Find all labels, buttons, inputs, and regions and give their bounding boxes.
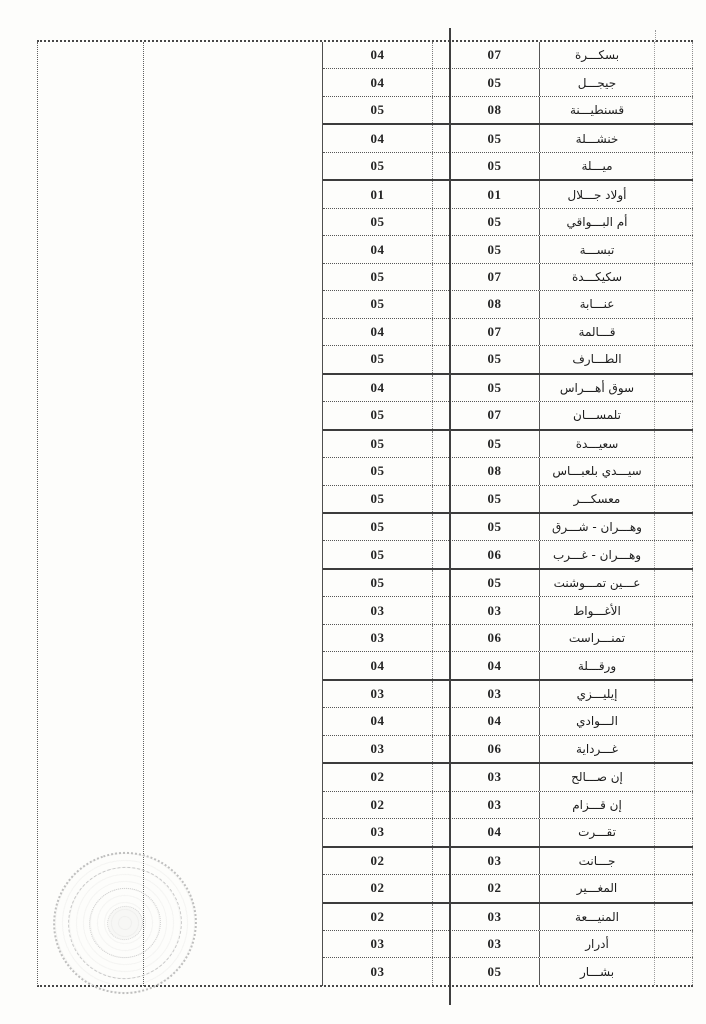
table-row: 04 07 قـــالمة bbox=[323, 319, 693, 346]
margin-cell bbox=[655, 736, 693, 762]
margin-cell bbox=[655, 875, 693, 901]
margin-cell bbox=[655, 958, 693, 984]
table-row: 05 05 الطـــارف bbox=[323, 346, 693, 374]
table-row: 04 05 تبســـة bbox=[323, 236, 693, 263]
wilaya-name-cell: سوق أهـــراس bbox=[540, 375, 655, 401]
value1-cell: 04 bbox=[323, 42, 433, 68]
table-row: 05 06 وهـــران - غـــرب bbox=[323, 541, 693, 569]
wilaya-name-cell: قسنطيـــنة bbox=[540, 97, 655, 123]
table-row: 04 05 جيجـــل bbox=[323, 69, 693, 96]
wilaya-name-cell: الطـــارف bbox=[540, 346, 655, 372]
value1-cell: 05 bbox=[323, 431, 433, 457]
value2-cell: 06 bbox=[450, 625, 540, 651]
value2-cell: 01 bbox=[450, 181, 540, 207]
spacer-cell bbox=[433, 319, 450, 345]
margin-cell bbox=[655, 541, 693, 567]
value1-cell: 03 bbox=[323, 931, 433, 957]
table-row: 01 01 أولاد جـــلال bbox=[323, 181, 693, 208]
value2-cell: 07 bbox=[450, 319, 540, 345]
wilaya-name-cell: المغـــير bbox=[540, 875, 655, 901]
names-column-top-stub-line bbox=[655, 30, 656, 42]
spacer-cell bbox=[433, 69, 450, 95]
margin-cell bbox=[655, 625, 693, 651]
value1-cell: 05 bbox=[323, 264, 433, 290]
margin-cell bbox=[655, 597, 693, 623]
margin-cell bbox=[655, 764, 693, 790]
margin-cell bbox=[655, 375, 693, 401]
value2-cell: 03 bbox=[450, 764, 540, 790]
wilaya-name-cell: أولاد جـــلال bbox=[540, 181, 655, 207]
value1-cell: 04 bbox=[323, 652, 433, 678]
table-row: 04 07 بسكـــرة bbox=[323, 42, 693, 69]
wilaya-name-cell: معسكـــر bbox=[540, 486, 655, 512]
wilaya-name-cell: عنـــابة bbox=[540, 291, 655, 317]
table-row: 02 03 إن قـــزام bbox=[323, 792, 693, 819]
table-row: 03 04 تقـــرت bbox=[323, 819, 693, 847]
margin-cell bbox=[655, 652, 693, 678]
spacer-cell bbox=[433, 153, 450, 179]
margin-cell bbox=[655, 181, 693, 207]
center-vertical-rule bbox=[449, 28, 451, 1005]
wilaya-name-cell: بشـــار bbox=[540, 958, 655, 984]
margin-cell bbox=[655, 209, 693, 235]
spacer-cell bbox=[433, 346, 450, 372]
margin-cell bbox=[655, 792, 693, 818]
value1-cell: 04 bbox=[323, 375, 433, 401]
wilaya-name-cell: أم البـــواقي bbox=[540, 209, 655, 235]
wilaya-name-cell: الأغـــواط bbox=[540, 597, 655, 623]
spacer-cell bbox=[433, 848, 450, 874]
wilaya-name-cell: تمنـــراست bbox=[540, 625, 655, 651]
margin-cell bbox=[655, 153, 693, 179]
wilaya-name-cell: تبســـة bbox=[540, 236, 655, 262]
margin-cell bbox=[655, 319, 693, 345]
spacer-cell bbox=[433, 97, 450, 123]
wilaya-name-cell: غـــرداية bbox=[540, 736, 655, 762]
spacer-cell bbox=[433, 931, 450, 957]
spacer-cell bbox=[433, 570, 450, 596]
table-row: 05 05 ميـــلة bbox=[323, 153, 693, 181]
table-row: 05 05 معسكـــر bbox=[323, 486, 693, 514]
value2-cell: 04 bbox=[450, 819, 540, 845]
spacer-cell bbox=[433, 42, 450, 68]
value2-cell: 03 bbox=[450, 904, 540, 930]
value1-cell: 04 bbox=[323, 125, 433, 151]
wilaya-name-cell: جـــانت bbox=[540, 848, 655, 874]
spacer-cell bbox=[433, 209, 450, 235]
value1-cell: 03 bbox=[323, 736, 433, 762]
value1-cell: 05 bbox=[323, 486, 433, 512]
table-row: 05 08 عنـــابة bbox=[323, 291, 693, 318]
value2-cell: 07 bbox=[450, 264, 540, 290]
table-row: 03 06 تمنـــراست bbox=[323, 625, 693, 652]
value2-cell: 03 bbox=[450, 792, 540, 818]
value1-cell: 05 bbox=[323, 541, 433, 567]
value2-cell: 08 bbox=[450, 291, 540, 317]
spacer-cell bbox=[433, 792, 450, 818]
value2-cell: 04 bbox=[450, 652, 540, 678]
table-row: 03 03 إيليـــزي bbox=[323, 681, 693, 708]
spacer-cell bbox=[433, 264, 450, 290]
value1-cell: 04 bbox=[323, 708, 433, 734]
value2-cell: 05 bbox=[450, 346, 540, 372]
spacer-cell bbox=[433, 904, 450, 930]
table-row: 02 03 جـــانت bbox=[323, 848, 693, 875]
spacer-cell bbox=[433, 514, 450, 540]
margin-cell bbox=[655, 236, 693, 262]
left-column-divider bbox=[143, 42, 144, 986]
table-row: 05 05 وهـــران - شـــرق bbox=[323, 514, 693, 541]
value2-cell: 08 bbox=[450, 458, 540, 484]
value2-cell: 05 bbox=[450, 486, 540, 512]
table-row: 03 03 الأغـــواط bbox=[323, 597, 693, 624]
value1-cell: 03 bbox=[323, 958, 433, 984]
margin-cell bbox=[655, 291, 693, 317]
table-row: 04 05 خنشـــلة bbox=[323, 125, 693, 152]
value1-cell: 02 bbox=[323, 848, 433, 874]
value1-cell: 04 bbox=[323, 319, 433, 345]
spacer-cell bbox=[433, 541, 450, 567]
spacer-cell bbox=[433, 681, 450, 707]
value2-cell: 05 bbox=[450, 236, 540, 262]
wilaya-name-cell: المنيـــعة bbox=[540, 904, 655, 930]
value2-cell: 05 bbox=[450, 125, 540, 151]
wilaya-name-cell: إيليـــزي bbox=[540, 681, 655, 707]
table-row: 02 03 إن صـــالح bbox=[323, 764, 693, 791]
table-row: 05 07 تلمســـان bbox=[323, 402, 693, 430]
table-row: 05 05 سعيـــدة bbox=[323, 431, 693, 458]
value2-cell: 04 bbox=[450, 708, 540, 734]
value1-cell: 04 bbox=[323, 69, 433, 95]
margin-cell bbox=[655, 848, 693, 874]
margin-cell bbox=[655, 346, 693, 372]
wilaya-name-cell: أدرار bbox=[540, 931, 655, 957]
value2-cell: 05 bbox=[450, 69, 540, 95]
value1-cell: 02 bbox=[323, 792, 433, 818]
value1-cell: 05 bbox=[323, 97, 433, 123]
spacer-cell bbox=[433, 125, 450, 151]
margin-cell bbox=[655, 264, 693, 290]
spacer-cell bbox=[433, 819, 450, 845]
spacer-cell bbox=[433, 736, 450, 762]
value2-cell: 03 bbox=[450, 931, 540, 957]
table-row: 05 05 عـــين تمـــوشنت bbox=[323, 570, 693, 597]
spacer-cell bbox=[433, 875, 450, 901]
table-row: 03 05 بشـــار bbox=[323, 958, 693, 984]
value2-cell: 06 bbox=[450, 541, 540, 567]
table-row: 02 03 المنيـــعة bbox=[323, 904, 693, 931]
wilaya-name-cell: عـــين تمـــوشنت bbox=[540, 570, 655, 596]
value2-cell: 03 bbox=[450, 681, 540, 707]
margin-cell bbox=[655, 431, 693, 457]
spacer-cell bbox=[433, 236, 450, 262]
wilaya-name-cell: خنشـــلة bbox=[540, 125, 655, 151]
value1-cell: 05 bbox=[323, 346, 433, 372]
table-row: 03 06 غـــرداية bbox=[323, 736, 693, 764]
value1-cell: 05 bbox=[323, 209, 433, 235]
value1-cell: 02 bbox=[323, 875, 433, 901]
wilaya-name-cell: قـــالمة bbox=[540, 319, 655, 345]
spacer-cell bbox=[433, 597, 450, 623]
spacer-cell bbox=[433, 764, 450, 790]
margin-cell bbox=[655, 97, 693, 123]
value1-cell: 01 bbox=[323, 181, 433, 207]
value1-cell: 03 bbox=[323, 681, 433, 707]
wilaya-name-cell: سيـــدي بلعبـــاس bbox=[540, 458, 655, 484]
value2-cell: 05 bbox=[450, 570, 540, 596]
table-row: 04 04 الـــوادي bbox=[323, 708, 693, 735]
margin-cell bbox=[655, 42, 693, 68]
value2-cell: 03 bbox=[450, 597, 540, 623]
value1-cell: 02 bbox=[323, 904, 433, 930]
margin-cell bbox=[655, 125, 693, 151]
spacer-cell bbox=[433, 431, 450, 457]
wilaya-name-cell: وهـــران - غـــرب bbox=[540, 541, 655, 567]
spacer-cell bbox=[433, 486, 450, 512]
margin-cell bbox=[655, 458, 693, 484]
value2-cell: 07 bbox=[450, 402, 540, 428]
table-row: 04 04 ورقـــلة bbox=[323, 652, 693, 680]
value2-cell: 05 bbox=[450, 431, 540, 457]
value1-cell: 05 bbox=[323, 153, 433, 179]
value2-cell: 05 bbox=[450, 209, 540, 235]
wilaya-name-cell: سكيكـــدة bbox=[540, 264, 655, 290]
value1-cell: 05 bbox=[323, 458, 433, 484]
margin-cell bbox=[655, 931, 693, 957]
spacer-cell bbox=[433, 181, 450, 207]
value2-cell: 06 bbox=[450, 736, 540, 762]
wilaya-table-rows: 04 07 بسكـــرة 04 05 جيجـــل 05 08 قسنطي… bbox=[323, 42, 693, 985]
value2-cell: 08 bbox=[450, 97, 540, 123]
value1-cell: 05 bbox=[323, 570, 433, 596]
value2-cell: 05 bbox=[450, 375, 540, 401]
wilaya-name-cell: تقـــرت bbox=[540, 819, 655, 845]
value1-cell: 03 bbox=[323, 625, 433, 651]
wilaya-name-cell: وهـــران - شـــرق bbox=[540, 514, 655, 540]
wilaya-name-cell: جيجـــل bbox=[540, 69, 655, 95]
table-row: 04 05 سوق أهـــراس bbox=[323, 375, 693, 402]
table-row: 05 08 سيـــدي بلعبـــاس bbox=[323, 458, 693, 485]
wilaya-name-cell: ورقـــلة bbox=[540, 652, 655, 678]
margin-cell bbox=[655, 486, 693, 512]
value1-cell: 02 bbox=[323, 764, 433, 790]
value1-cell: 05 bbox=[323, 402, 433, 428]
margin-cell bbox=[655, 904, 693, 930]
value1-cell: 03 bbox=[323, 819, 433, 845]
spacer-cell bbox=[433, 708, 450, 734]
spacer-cell bbox=[433, 652, 450, 678]
table-left-border bbox=[37, 42, 38, 986]
value2-cell: 05 bbox=[450, 958, 540, 984]
margin-cell bbox=[655, 819, 693, 845]
table-row: 05 05 أم البـــواقي bbox=[323, 209, 693, 236]
table-row: 05 08 قسنطيـــنة bbox=[323, 97, 693, 125]
value2-cell: 02 bbox=[450, 875, 540, 901]
spacer-cell bbox=[433, 375, 450, 401]
value2-cell: 03 bbox=[450, 848, 540, 874]
table-row: 03 03 أدرار bbox=[323, 931, 693, 958]
spacer-cell bbox=[433, 458, 450, 484]
margin-cell bbox=[655, 681, 693, 707]
wilaya-name-cell: إن قـــزام bbox=[540, 792, 655, 818]
wilaya-name-cell: إن صـــالح bbox=[540, 764, 655, 790]
value1-cell: 03 bbox=[323, 597, 433, 623]
spacer-cell bbox=[433, 291, 450, 317]
margin-cell bbox=[655, 402, 693, 428]
value2-cell: 05 bbox=[450, 514, 540, 540]
wilaya-name-cell: الـــوادي bbox=[540, 708, 655, 734]
value1-cell: 05 bbox=[323, 291, 433, 317]
wilaya-name-cell: سعيـــدة bbox=[540, 431, 655, 457]
table-row: 02 02 المغـــير bbox=[323, 875, 693, 903]
spacer-cell bbox=[433, 958, 450, 984]
margin-cell bbox=[655, 69, 693, 95]
margin-cell bbox=[655, 708, 693, 734]
value1-cell: 05 bbox=[323, 514, 433, 540]
wilaya-name-cell: بسكـــرة bbox=[540, 42, 655, 68]
wilaya-name-cell: تلمســـان bbox=[540, 402, 655, 428]
value1-cell: 04 bbox=[323, 236, 433, 262]
spacer-cell bbox=[433, 625, 450, 651]
value2-cell: 07 bbox=[450, 42, 540, 68]
wilaya-name-cell: ميـــلة bbox=[540, 153, 655, 179]
table-row: 05 07 سكيكـــدة bbox=[323, 264, 693, 291]
spacer-cell bbox=[433, 402, 450, 428]
margin-cell bbox=[655, 570, 693, 596]
margin-cell bbox=[655, 514, 693, 540]
value2-cell: 05 bbox=[450, 153, 540, 179]
